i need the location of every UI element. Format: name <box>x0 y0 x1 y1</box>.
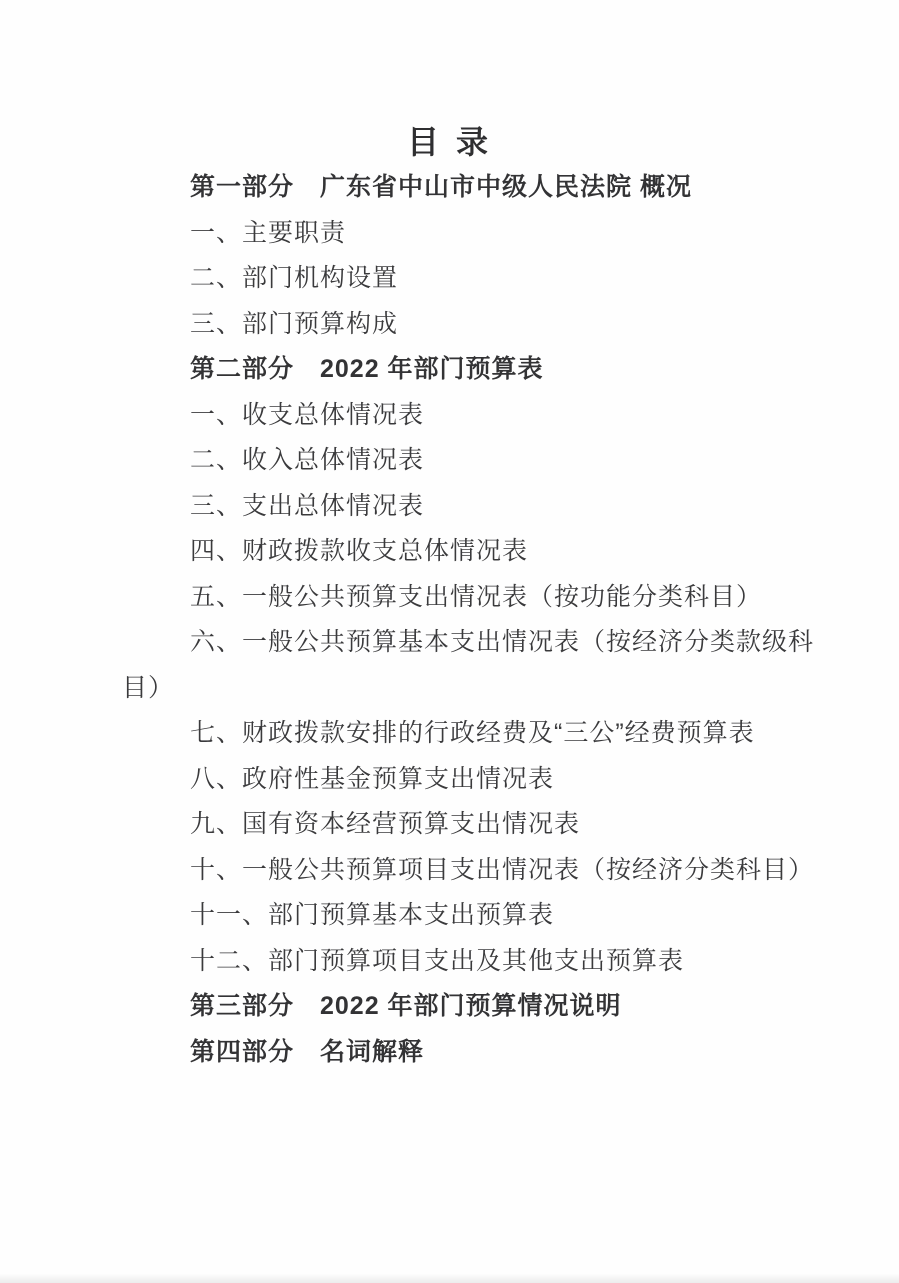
toc-entry: 七、财政拨款安排的行政经费及“三公”经费预算表 <box>122 711 814 757</box>
toc-entry: 十、一般公共预算项目支出情况表（按经济分类科目） <box>122 848 814 894</box>
toc-entry: 十二、部门预算项目支出及其他支出预算表 <box>122 939 814 985</box>
page-title: 目 录 <box>0 124 899 160</box>
toc-entry: 二、部门机构设置 <box>122 256 814 302</box>
toc-part-heading: 第二部分 2022 年部门预算表 <box>122 347 814 393</box>
toc-entry: 一、主要职责 <box>122 211 814 257</box>
toc-entry: 四、财政拨款收支总体情况表 <box>122 529 814 575</box>
toc-entry: 五、一般公共预算支出情况表（按功能分类科目） <box>122 575 814 621</box>
toc-entry: 三、部门预算构成 <box>122 302 814 348</box>
document-page: 目 录 第一部分 广东省中山市中级人民法院 概况一、主要职责二、部门机构设置三、… <box>0 0 899 1283</box>
toc-entry: 十一、部门预算基本支出预算表 <box>122 893 814 939</box>
toc-entry: 三、支出总体情况表 <box>122 484 814 530</box>
toc-part-heading: 第四部分 名词解释 <box>122 1030 814 1076</box>
toc-entry: 一、收支总体情况表 <box>122 393 814 439</box>
toc-entry: 九、国有资本经营预算支出情况表 <box>122 802 814 848</box>
toc-entry: 六、一般公共预算基本支出情况表（按经济分类款级科 目） <box>122 620 814 711</box>
toc-part-heading: 第一部分 广东省中山市中级人民法院 概况 <box>122 165 814 211</box>
toc-entry: 八、政府性基金预算支出情况表 <box>122 757 814 803</box>
toc-list: 第一部分 广东省中山市中级人民法院 概况一、主要职责二、部门机构设置三、部门预算… <box>122 165 814 1075</box>
toc-entry: 二、收入总体情况表 <box>122 438 814 484</box>
toc-part-heading: 第三部分 2022 年部门预算情况说明 <box>122 984 814 1030</box>
